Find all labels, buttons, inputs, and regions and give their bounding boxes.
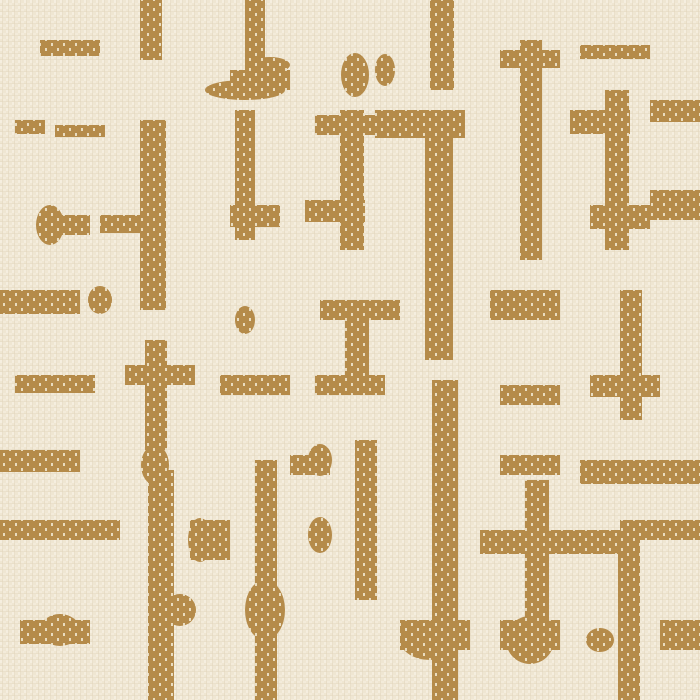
fabric-pattern (0, 0, 700, 700)
fabric-texture (0, 0, 700, 700)
